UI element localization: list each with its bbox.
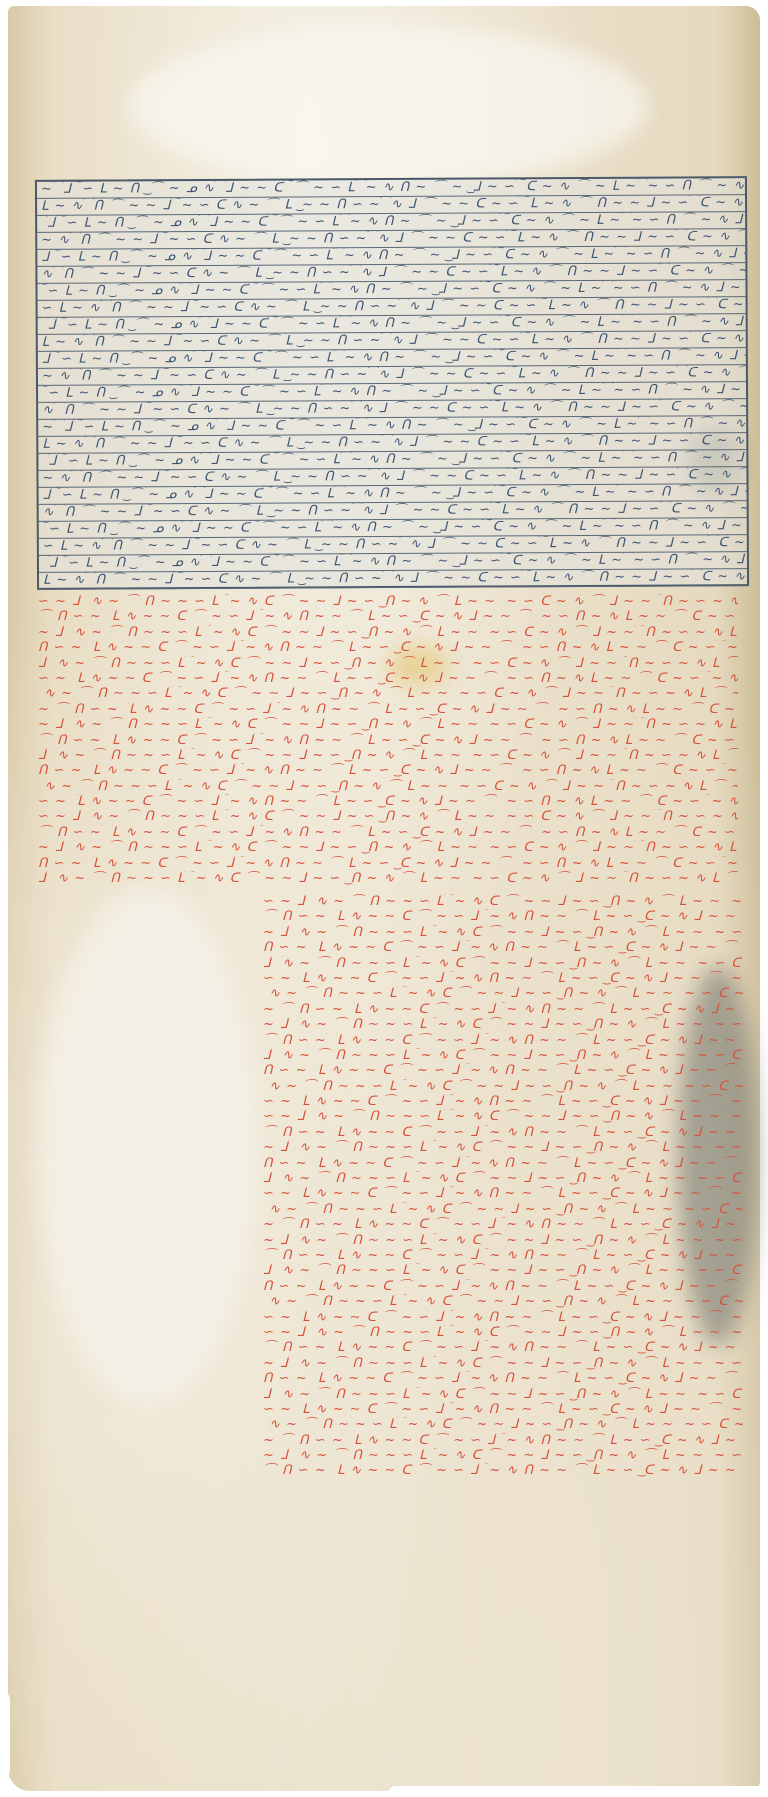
script-line: ͡ ∿ ~ ⌒ ᑎ ∼ ~ ∽ ᒪ ͠ ~ ∿ ᑕ ⌒ ~ ∼ ᒧ ~ ∽ ͜ … [38,779,738,794]
script-line: ⌒ ᑎ ∽ ~ ͡ ᒪ ∿ ~ ∼ ᑕ ⌒ ~ ∽ ᒧ ͠ ~ ∿ ᑎ ~ ∼ … [38,609,738,624]
script-line: ᒪ ~ ∿ ͡ ᑎ ⌒ ~ ∼ ᒧ ͠ ~ ∽ ᑕ ∿ ~ ⌒ ᒪ ͜ ∼ ~ … [39,569,747,590]
script-line: ⌒ ᑎ ∽ ~ ͡ ᒪ ∿ ~ ∼ ᑕ ⌒ ~ ∽ ᒧ ͠ ~ ∿ ᑎ ~ ∼ … [263,1033,743,1048]
script-line: ⌒ ᑎ ∽ ~ ͡ ᒪ ∿ ~ ∼ ᑕ ⌒ ~ ∽ ᒧ ͠ ~ ∿ ᑎ ~ ∼ … [263,1248,743,1263]
script-line: ⌒ ᑎ ∽ ~ ͡ ᒪ ∿ ~ ∼ ᑕ ⌒ ~ ∽ ᒧ ͠ ~ ∿ ᑎ ~ ∼ … [263,1125,743,1140]
script-line: ⌒ ᑎ ∽ ~ ͡ ᒪ ∿ ~ ∼ ᑕ ⌒ ~ ∽ ᒧ ͠ ~ ∿ ᑎ ~ ∼ … [38,733,738,748]
torn-edge-left [0,1690,10,1780]
script-line: ~ ⌒ ᑎ ∽ ~ ͡ ᒪ ∿ ~ ∼ ᑕ ⌒ ~ ∽ ᒧ ͠ ~ ∿ ᑎ ~ … [263,1433,743,1448]
script-line: ∽ ~ ͡ ᒪ ∿ ~ ∼ ᑕ ⌒ ~ ∽ ᒧ ͠ ~ ∿ ᑎ ~ ∼ ⌒ ᒪ … [38,671,738,686]
script-line: ᒧ ͡ ∿ ~ ⌒ ᑎ ∼ ~ ∽ ᒪ ͠ ~ ∿ ᑕ ⌒ ~ ∼ ᒧ ~ ∽ … [263,1387,743,1402]
script-line: ~ ᒧ ͡ ∿ ~ ⌒ ᑎ ∼ ~ ∽ ᒪ ͠ ~ ∿ ᑕ ⌒ ~ ∼ ᒧ ~ … [38,717,738,732]
light-patch [38,886,258,1406]
script-line: ∽ ~ ͡ ᒪ ∿ ~ ∼ ᑕ ⌒ ~ ∽ ᒧ ͠ ~ ∿ ᑎ ~ ∼ ⌒ ᒪ … [263,1094,743,1109]
script-line: ∽ ~ ᒧ ͡ ∿ ~ ⌒ ᑎ ∼ ~ ∽ ᒪ ͠ ~ ∿ ᑕ ⌒ ~ ∼ ᒧ … [38,809,738,824]
script-line: ᑎ ∽ ~ ͡ ᒪ ∿ ~ ∼ ᑕ ⌒ ~ ∽ ᒧ ͠ ~ ∿ ᑎ ~ ∼ ⌒ … [38,640,738,655]
script-line: ~ ⌒ ᑎ ∽ ~ ͡ ᒪ ∿ ~ ∼ ᑕ ⌒ ~ ∽ ᒧ ͠ ~ ∿ ᑎ ~ … [263,1217,743,1232]
script-line: ⌒ ᑎ ∽ ~ ͡ ᒪ ∿ ~ ∼ ᑕ ⌒ ~ ∽ ᒧ ͠ ~ ∿ ᑎ ~ ∼ … [263,909,743,924]
script-line: ~ ᒧ ͡ ∿ ~ ⌒ ᑎ ∼ ~ ∽ ᒪ ͠ ~ ∿ ᑕ ⌒ ~ ∼ ᒧ ~ … [263,1017,743,1032]
script-line: ~ ᒧ ͡ ∿ ~ ⌒ ᑎ ∼ ~ ∽ ᒪ ͠ ~ ∿ ᑕ ⌒ ~ ∼ ᒧ ~ … [38,625,738,640]
script-line: ᑎ ∽ ~ ͡ ᒪ ∿ ~ ∼ ᑕ ⌒ ~ ∽ ᒧ ͠ ~ ∿ ᑎ ~ ∼ ⌒ … [263,1063,743,1078]
script-line: ⌒ ᑎ ∽ ~ ͡ ᒪ ∿ ~ ∼ ᑕ ⌒ ~ ∽ ᒧ ͠ ~ ∿ ᑎ ~ ∼ … [38,825,738,840]
red-ink-text-upper: ∽ ~ ᒧ ͡ ∿ ~ ⌒ ᑎ ∼ ~ ∽ ᒪ ͠ ~ ∿ ᑕ ⌒ ~ ∼ ᒧ … [38,594,738,894]
script-line: ᑎ ∽ ~ ͡ ᒪ ∿ ~ ∼ ᑕ ⌒ ~ ∽ ᒧ ͠ ~ ∿ ᑎ ~ ∼ ⌒ … [263,1156,743,1171]
script-line: ⌒ ᑎ ∽ ~ ͡ ᒪ ∿ ~ ∼ ᑕ ⌒ ~ ∽ ᒧ ͠ ~ ∿ ᑎ ~ ∼ … [263,1340,743,1355]
script-line: ᒧ ͡ ∿ ~ ⌒ ᑎ ∼ ~ ∽ ᒪ ͠ ~ ∿ ᑕ ⌒ ~ ∼ ᒧ ~ ∽ … [263,1263,743,1278]
script-line: ᒧ ͡ ∿ ~ ⌒ ᑎ ∼ ~ ∽ ᒪ ͠ ~ ∿ ᑕ ⌒ ~ ∼ ᒧ ~ ∽ … [263,1048,743,1063]
red-ink-text-lower-column: ∽ ~ ᒧ ͡ ∿ ~ ⌒ ᑎ ∼ ~ ∽ ᒪ ͠ ~ ∿ ᑕ ⌒ ~ ∼ ᒧ … [263,894,743,1484]
script-line: ͡ ∿ ~ ⌒ ᑎ ∼ ~ ∽ ᒪ ͠ ~ ∿ ᑕ ⌒ ~ ∼ ᒧ ~ ∽ ͜ … [263,1294,743,1309]
script-line: ∽ ~ ᒧ ͡ ∿ ~ ⌒ ᑎ ∼ ~ ∽ ᒪ ͠ ~ ∿ ᑕ ⌒ ~ ∼ ᒧ … [263,1109,743,1124]
script-line: ᑎ ∽ ~ ͡ ᒪ ∿ ~ ∼ ᑕ ⌒ ~ ∽ ᒧ ͠ ~ ∿ ᑎ ~ ∼ ⌒ … [263,940,743,955]
script-line: ᒧ ͡ ∿ ~ ⌒ ᑎ ∼ ~ ∽ ᒪ ͠ ~ ∿ ᑕ ⌒ ~ ∼ ᒧ ~ ∽ … [38,871,738,886]
script-line: ͡ ∿ ~ ⌒ ᑎ ∼ ~ ∽ ᒪ ͠ ~ ∿ ᑕ ⌒ ~ ∼ ᒧ ~ ∽ ͜ … [263,1417,743,1432]
script-line: ⌒ ᑎ ∽ ~ ͡ ᒪ ∿ ~ ∼ ᑕ ⌒ ~ ∽ ᒧ ͠ ~ ∿ ᑎ ~ ∼ … [263,1463,743,1478]
script-line: ∽ ~ ͡ ᒪ ∿ ~ ∼ ᑕ ⌒ ~ ∽ ᒧ ͠ ~ ∿ ᑎ ~ ∼ ⌒ ᒪ … [263,1186,743,1201]
script-line: ∽ ~ ᒧ ͡ ∿ ~ ⌒ ᑎ ∼ ~ ∽ ᒪ ͠ ~ ∿ ᑕ ⌒ ~ ∼ ᒧ … [263,1325,743,1340]
torn-edge-bottom [388,1786,768,1797]
script-line: ∽ ~ ᒧ ͡ ∿ ~ ⌒ ᑎ ∼ ~ ∽ ᒪ ͠ ~ ∿ ᑕ ⌒ ~ ∼ ᒧ … [38,594,738,609]
script-line: ᒧ ͡ ∿ ~ ⌒ ᑎ ∼ ~ ∽ ᒪ ͠ ~ ∿ ᑕ ⌒ ~ ∼ ᒧ ~ ∽ … [38,748,738,763]
script-line: ᑎ ∽ ~ ͡ ᒪ ∿ ~ ∼ ᑕ ⌒ ~ ∽ ᒧ ͠ ~ ∿ ᑎ ~ ∼ ⌒ … [38,856,738,871]
script-line: ~ ᒧ ͡ ∿ ~ ⌒ ᑎ ∼ ~ ∽ ᒪ ͠ ~ ∿ ᑕ ⌒ ~ ∼ ᒧ ~ … [263,1140,743,1155]
script-line: ͡ ∿ ~ ⌒ ᑎ ∼ ~ ∽ ᒪ ͠ ~ ∿ ᑕ ⌒ ~ ∼ ᒧ ~ ∽ ͜ … [263,1079,743,1094]
script-line: ∽ ~ ͡ ᒪ ∿ ~ ∼ ᑕ ⌒ ~ ∽ ᒧ ͠ ~ ∿ ᑎ ~ ∼ ⌒ ᒪ … [38,794,738,809]
script-line: ~ ⌒ ᑎ ∽ ~ ͡ ᒪ ∿ ~ ∼ ᑕ ⌒ ~ ∽ ᒧ ͠ ~ ∿ ᑎ ~ … [38,702,738,717]
script-line: ᑎ ∽ ~ ͡ ᒪ ∿ ~ ∼ ᑕ ⌒ ~ ∽ ᒧ ͠ ~ ∿ ᑎ ~ ∼ ⌒ … [263,1279,743,1294]
script-line: ~ ᒧ ͡ ∿ ~ ⌒ ᑎ ∼ ~ ∽ ᒪ ͠ ~ ∿ ᑕ ⌒ ~ ∼ ᒧ ~ … [263,1448,743,1463]
script-line: ᒧ ͡ ∿ ~ ⌒ ᑎ ∼ ~ ∽ ᒪ ͠ ~ ∿ ᑕ ⌒ ~ ∼ ᒧ ~ ∽ … [263,1171,743,1186]
script-line: ~ ᒧ ͡ ∿ ~ ⌒ ᑎ ∼ ~ ∽ ᒪ ͠ ~ ∿ ᑕ ⌒ ~ ∼ ᒧ ~ … [38,840,738,855]
manuscript-scroll: ~ ͡ ᒧ ͠ ∽ ᒪ ∼ ᑎ ͜ ⌒ ~ ᓄ ∿ ͡ ᒧ ~ ∼ ᑕ ͠ ⌒ … [8,6,760,1791]
blue-ink-text-block: ~ ͡ ᒧ ͠ ∽ ᒪ ∼ ᑎ ͜ ⌒ ~ ᓄ ∿ ͡ ᒧ ~ ∼ ᑕ ͠ ⌒ … [35,176,749,590]
script-line: ᒧ ͡ ∿ ~ ⌒ ᑎ ∼ ~ ∽ ᒪ ͠ ~ ∿ ᑕ ⌒ ~ ∼ ᒧ ~ ∽ … [263,956,743,971]
script-line: ∽ ~ ᒧ ͡ ∿ ~ ⌒ ᑎ ∼ ~ ∽ ᒪ ͠ ~ ∿ ᑕ ⌒ ~ ∼ ᒧ … [263,894,743,909]
script-line: ~ ᒧ ͡ ∿ ~ ⌒ ᑎ ∼ ~ ∽ ᒪ ͠ ~ ∿ ᑕ ⌒ ~ ∼ ᒧ ~ … [263,1356,743,1371]
script-line: ᑎ ∽ ~ ͡ ᒪ ∿ ~ ∼ ᑕ ⌒ ~ ∽ ᒧ ͠ ~ ∿ ᑎ ~ ∼ ⌒ … [38,763,738,778]
script-line: ͡ ∿ ~ ⌒ ᑎ ∼ ~ ∽ ᒪ ͠ ~ ∿ ᑕ ⌒ ~ ∼ ᒧ ~ ∽ ͜ … [263,1202,743,1217]
script-line: ~ ᒧ ͡ ∿ ~ ⌒ ᑎ ∼ ~ ∽ ᒪ ͠ ~ ∿ ᑕ ⌒ ~ ∼ ᒧ ~ … [263,925,743,940]
script-line: ᒧ ͡ ∿ ~ ⌒ ᑎ ∼ ~ ∽ ᒪ ͠ ~ ∿ ᑕ ⌒ ~ ∼ ᒧ ~ ∽ … [38,656,738,671]
script-line: ~ ⌒ ᑎ ∽ ~ ͡ ᒪ ∿ ~ ∼ ᑕ ⌒ ~ ∽ ᒧ ͠ ~ ∿ ᑎ ~ … [263,1002,743,1017]
light-patch [128,26,648,186]
script-line: ~ ᒧ ͡ ∿ ~ ⌒ ᑎ ∼ ~ ∽ ᒪ ͠ ~ ∿ ᑕ ⌒ ~ ∼ ᒧ ~ … [263,1233,743,1248]
script-line: ᑎ ∽ ~ ͡ ᒪ ∿ ~ ∼ ᑕ ⌒ ~ ∽ ᒧ ͠ ~ ∿ ᑎ ~ ∼ ⌒ … [263,1371,743,1386]
script-line: ͡ ∿ ~ ⌒ ᑎ ∼ ~ ∽ ᒪ ͠ ~ ∿ ᑕ ⌒ ~ ∼ ᒧ ~ ∽ ͜ … [263,986,743,1001]
script-line: ∽ ~ ͡ ᒪ ∿ ~ ∼ ᑕ ⌒ ~ ∽ ᒧ ͠ ~ ∿ ᑎ ~ ∼ ⌒ ᒪ … [263,1310,743,1325]
script-line: ͡ ∿ ~ ⌒ ᑎ ∼ ~ ∽ ᒪ ͠ ~ ∿ ᑕ ⌒ ~ ∼ ᒧ ~ ∽ ͜ … [38,686,738,701]
script-line: ∽ ~ ͡ ᒪ ∿ ~ ∼ ᑕ ⌒ ~ ∽ ᒧ ͠ ~ ∿ ᑎ ~ ∼ ⌒ ᒪ … [263,971,743,986]
script-line: ∽ ~ ͡ ᒪ ∿ ~ ∼ ᑕ ⌒ ~ ∽ ᒧ ͠ ~ ∿ ᑎ ~ ∼ ⌒ ᒪ … [263,1402,743,1417]
